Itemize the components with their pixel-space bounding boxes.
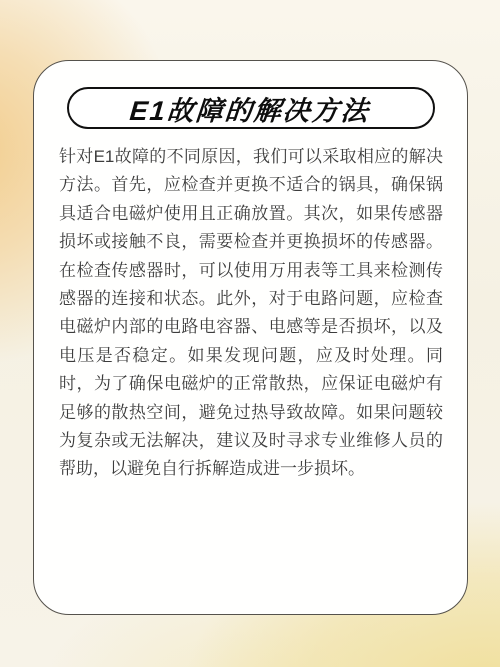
page-background: E1故障的解决方法 针对E1故障的不同原因，我们可以采取相应的解决方法。首先，应…	[0, 0, 500, 667]
card-body-text: 针对E1故障的不同原因，我们可以采取相应的解决方法。首先，应检查并更换不适合的锅…	[59, 143, 443, 484]
content-card: E1故障的解决方法 针对E1故障的不同原因，我们可以采取相应的解决方法。首先，应…	[33, 60, 468, 615]
title-badge: E1故障的解决方法	[67, 87, 435, 129]
card-title: E1故障的解决方法	[129, 89, 372, 128]
